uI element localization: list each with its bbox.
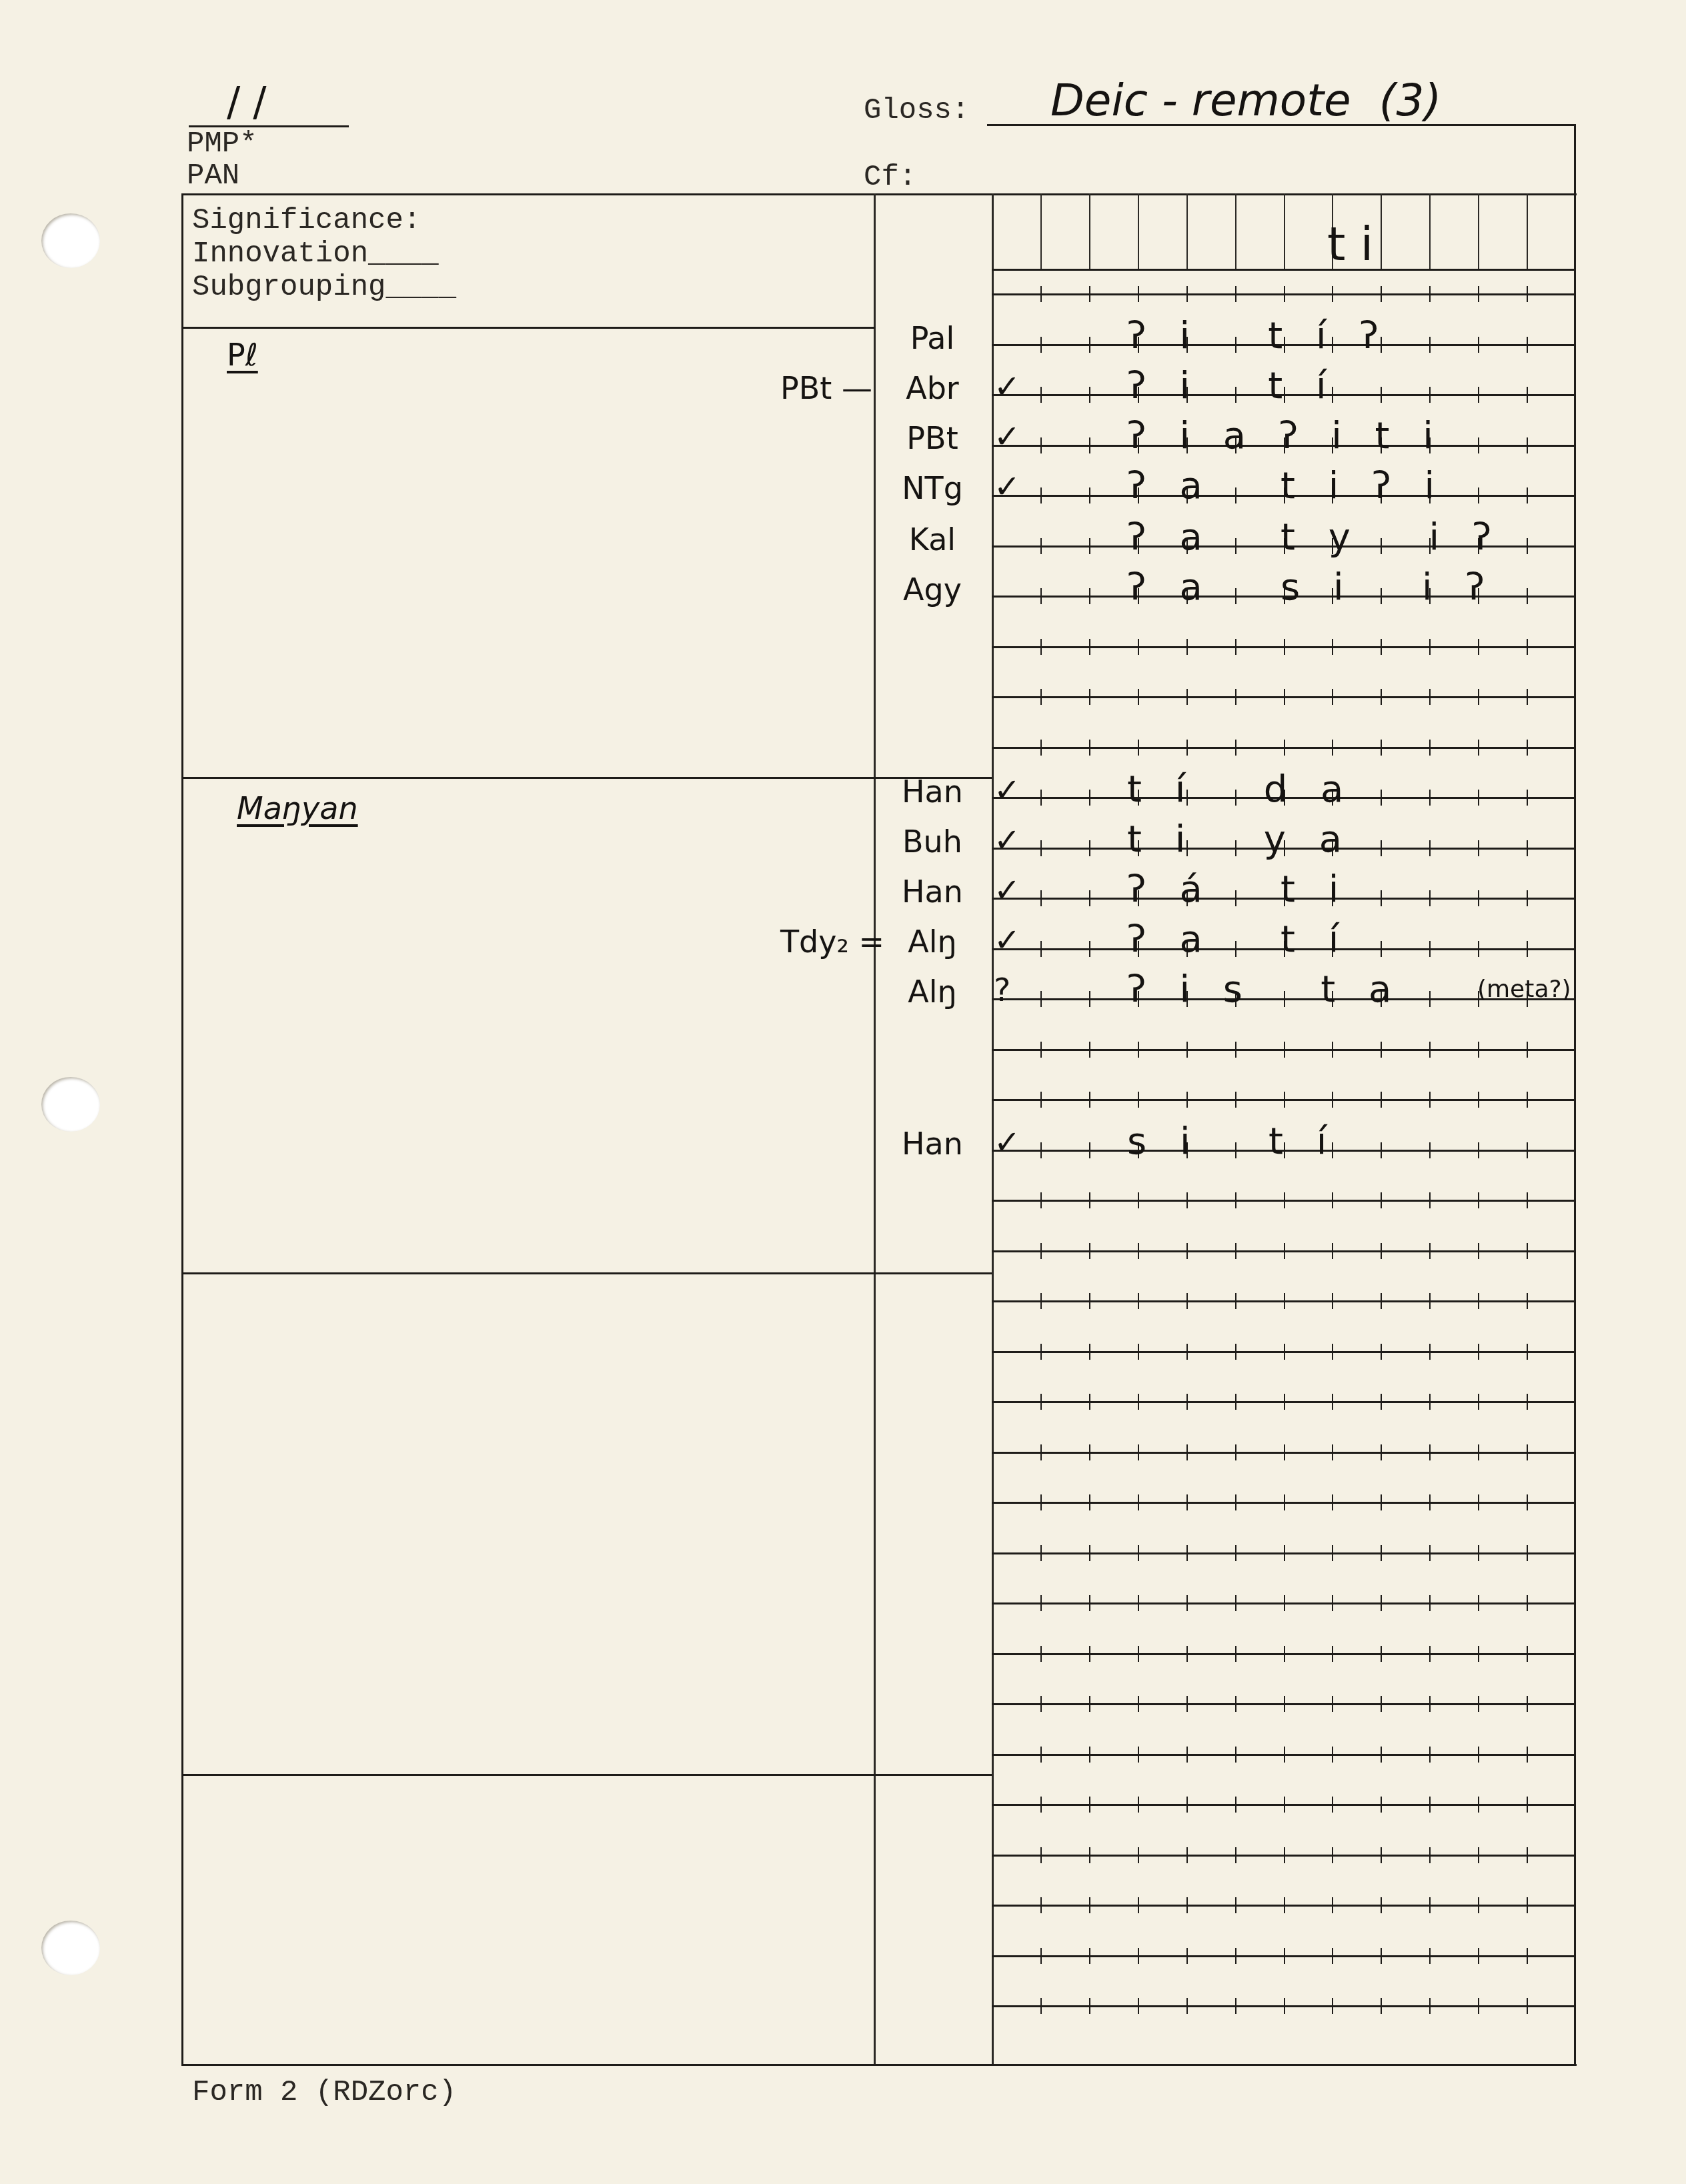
ruled-tick [1089,1092,1090,1108]
ruled-tick [1381,1243,1382,1259]
check-mark-icon[interactable]: ✓ [994,1124,1020,1161]
ruled-tick [1332,1494,1333,1510]
ruled-tick [1235,1545,1236,1561]
ruled-tick [1235,1747,1236,1763]
ruled-tick [1040,790,1042,806]
ruled-tick [1527,1696,1528,1712]
ruled-tick [1527,1042,1528,1058]
ruled-tick [1429,1646,1431,1662]
ruled-tick [1332,1042,1333,1058]
ruled-tick [1186,1243,1188,1259]
ruled-tick [1527,437,1528,453]
frame-bottom [181,2064,1577,2066]
ruled-tick [1332,1948,1333,1964]
hole-punch [41,1077,100,1132]
language-abbreviation: Buh [882,824,982,860]
ruled-tick [1429,1494,1431,1510]
ruled-tick [1235,1192,1236,1208]
ruled-tick [1186,1646,1188,1662]
ruled-tick [1089,1293,1090,1309]
ruled-tick [1235,639,1236,655]
ruled-tick [1429,1545,1431,1561]
ruled-tick [1089,1797,1090,1813]
ruled-tick [1235,1595,1236,1611]
ruled-tick [1527,1344,1528,1360]
ruled-tick [1527,337,1528,353]
ruled-tick [1040,1142,1042,1158]
ruled-tick [1429,1595,1431,1611]
ruled-tick [1478,1595,1479,1611]
check-mark-icon[interactable]: ✓ [994,822,1020,859]
ruled-tick [1429,1897,1431,1913]
ruled-tick [1040,1646,1042,1662]
ruled-tick [1138,1344,1139,1360]
ruled-tick [1186,1192,1188,1208]
gloss-label: Gloss: [864,93,969,128]
ruled-tick [1186,1545,1188,1561]
section-divider [181,1774,992,1776]
language-abbreviation: Han [882,1126,982,1162]
ruled-tick [1138,286,1139,302]
ruled-tick [1089,740,1090,756]
ruled-tick [1332,1696,1333,1712]
ruled-tick [1089,1142,1090,1158]
ruled-tick [1381,1142,1382,1158]
language-abbreviation: Pal [882,320,982,356]
ruled-tick [1138,1897,1139,1913]
check-mark-icon[interactable]: ✓ [994,772,1020,809]
header-grid-line [1284,193,1285,269]
ruled-tick [1527,890,1528,906]
ruled-tick [1235,1444,1236,1460]
ruled-tick [1284,1494,1285,1510]
ruled-tick [1235,1847,1236,1863]
ruled-tick [1186,1293,1188,1309]
ruled-tick [1040,1293,1042,1309]
ruled-tick [1381,1344,1382,1360]
language-abbreviation: NTg [882,470,982,506]
ruled-tick [1381,1797,1382,1813]
ruled-tick [1284,1998,1285,2014]
ruled-tick [1284,1747,1285,1763]
ruled-tick [1332,1243,1333,1259]
ruled-tick [1284,1545,1285,1561]
cf-label: Cf: [864,160,916,195]
ruled-tick [1040,890,1042,906]
ruled-tick [1040,1948,1042,1964]
cognate-form: t i y a [1127,818,1353,861]
ruled-tick [1381,1042,1382,1058]
ruled-tick [1089,1042,1090,1058]
ruled-tick [1284,1646,1285,1662]
header-grid-line [1235,193,1236,269]
ruled-tick [1478,941,1479,957]
ruled-tick [1381,1444,1382,1460]
ruled-tick [1138,1948,1139,1964]
ruled-tick [1040,437,1042,453]
hole-punch [41,1921,100,1975]
ruled-tick [1478,1142,1479,1158]
ruled-tick [1527,1142,1528,1158]
ruled-tick [1235,1646,1236,1662]
section-label-philippine: Pℓ [227,337,258,373]
ruled-tick [1332,1797,1333,1813]
ruled-tick [1040,1092,1042,1108]
language-abbreviation: Han [882,874,982,910]
ruled-tick [1089,588,1090,604]
ruled-tick [1381,1847,1382,1863]
ruled-tick [1381,1646,1382,1662]
row-annotation: PBt — [780,370,872,406]
check-mark-icon[interactable]: ✓ [994,922,1020,959]
ruled-tick [1381,1092,1382,1108]
ruled-tick [1478,1042,1479,1058]
ruled-tick [1527,1494,1528,1510]
ruled-tick [1429,1092,1431,1108]
ruled-tick [1040,1494,1042,1510]
ruled-tick [1235,1344,1236,1360]
ruled-tick [1381,1545,1382,1561]
ruled-tick [1527,1243,1528,1259]
ruled-tick [1235,1998,1236,2014]
ruled-tick [1284,286,1285,302]
ruled-tick [1138,1293,1139,1309]
ruled-tick [1332,286,1333,302]
significance-label: Significance: [192,203,421,238]
ruled-tick [1429,1142,1431,1158]
ruled-tick [1186,1948,1188,1964]
ruled-tick [1089,337,1090,353]
ruled-tick [1284,1293,1285,1309]
ruled-tick [1429,689,1431,705]
ruled-tick [1284,1092,1285,1108]
ruled-tick [1429,1696,1431,1712]
header-grid-line [1089,193,1090,269]
language-abbreviation: Alŋ [882,924,982,960]
ruled-tick [1089,1243,1090,1259]
ruled-tick [1089,487,1090,503]
ruled-tick [1381,639,1382,655]
ruled-tick [1138,740,1139,756]
ruled-tick [1381,790,1382,806]
ruled-tick [1089,538,1090,554]
ruled-tick [1429,387,1431,403]
ruled-tick [1235,286,1236,302]
hole-punch [41,213,100,268]
ruled-tick [1186,1595,1188,1611]
ruled-tick [1284,1243,1285,1259]
ruled-tick [1089,1897,1090,1913]
ruled-tick [1381,689,1382,705]
gloss-value[interactable]: Deic - remote (3) [1050,75,1441,126]
ruled-tick [1429,1293,1431,1309]
ruled-tick [1478,790,1479,806]
ruled-tick [1235,1243,1236,1259]
ruled-tick [1429,991,1431,1007]
ruled-tick [1138,1998,1139,2014]
ruled-tick [1284,1847,1285,1863]
ruled-tick [1089,689,1090,705]
ruled-tick [1478,1545,1479,1561]
ruled-tick [1381,286,1382,302]
ruled-tick [1429,639,1431,655]
ruled-tick [1478,1747,1479,1763]
ruled-tick [1478,337,1479,353]
ruled-tick [1186,1696,1188,1712]
ruled-tick [1235,1394,1236,1410]
header-grid-line [1040,193,1042,269]
cognate-form: ʔ i a ʔ i t i [1127,414,1444,457]
ruled-tick [1429,1747,1431,1763]
ruled-tick [1478,1192,1479,1208]
ruled-tick [1527,790,1528,806]
ruled-tick [1186,1847,1188,1863]
ruled-tick [1089,286,1090,302]
ruled-tick [1138,1595,1139,1611]
check-mark-icon[interactable]: ✓ [994,468,1020,505]
ruled-tick [1527,286,1528,302]
ruled-tick [1235,1897,1236,1913]
ruled-tick [1381,890,1382,906]
ruled-tick [1429,1192,1431,1208]
ruled-tick [1527,1092,1528,1108]
ruled-tick [1089,1747,1090,1763]
ruled-tick [1332,1192,1333,1208]
check-mark-icon[interactable]: ✓ [994,872,1020,909]
ruled-tick [1138,1847,1139,1863]
ruled-tick [1381,387,1382,403]
ruled-tick [1040,487,1042,503]
ruled-tick [1527,1595,1528,1611]
subgrouping-field[interactable]: Subgrouping____ [192,270,456,305]
ruled-tick [1478,1998,1479,2014]
ruled-tick [1429,1948,1431,1964]
ruled-tick [1527,689,1528,705]
ruled-tick [1381,1494,1382,1510]
ruled-tick [1429,1243,1431,1259]
ruled-tick [1089,639,1090,655]
form-footer: Form 2 (RDZorc) [192,2075,456,2110]
ruled-tick [1040,1595,1042,1611]
ruled-tick [1089,1444,1090,1460]
ruled-tick [1186,1444,1188,1460]
ruled-tick [1040,840,1042,856]
ruled-tick [1186,740,1188,756]
ruled-tick [1284,1192,1285,1208]
ruled-tick [1332,1545,1333,1561]
ruled-tick [1040,1998,1042,2014]
ruled-tick [1332,740,1333,756]
ruled-tick [1040,991,1042,1007]
ruled-tick [1429,790,1431,806]
ruled-tick [1429,1998,1431,2014]
ruled-tick [1478,890,1479,906]
ruled-tick [1186,1897,1188,1913]
ruled-tick [1089,840,1090,856]
ruled-tick [1527,1444,1528,1460]
ruled-tick [1527,1998,1528,2014]
ruled-tick [1429,1042,1431,1058]
ruled-tick [1186,1747,1188,1763]
ruled-tick [1040,1394,1042,1410]
ruled-tick [1186,1344,1188,1360]
ruled-tick [1478,840,1479,856]
ruled-tick [1040,1444,1042,1460]
ruled-tick [1478,286,1479,302]
ruled-tick [1235,1042,1236,1058]
ruled-tick [1138,1646,1139,1662]
ruled-tick [1478,1646,1479,1662]
ruled-tick [1381,1948,1382,1964]
ruled-tick [1527,1847,1528,1863]
ruled-tick [1284,1394,1285,1410]
check-mark-icon[interactable]: ✓ [994,418,1020,455]
reconstruction-form: t i [1327,217,1373,271]
ruled-tick [1186,1494,1188,1510]
ruled-tick [1527,1797,1528,1813]
header-grid-line [1186,193,1188,269]
ruled-tick [1527,941,1528,957]
ruled-tick [1186,1394,1188,1410]
ruled-tick [1478,1444,1479,1460]
ruled-tick [1235,1293,1236,1309]
ruled-tick [1478,1696,1479,1712]
cognate-form: t í d a [1127,768,1354,811]
ruled-tick [1138,1747,1139,1763]
ruled-tick [1284,689,1285,705]
frame-top [181,193,1577,195]
ruled-tick [1478,639,1479,655]
ruled-tick [1138,1494,1139,1510]
ruled-tick [1235,1092,1236,1108]
ruled-tick [1235,1948,1236,1964]
ruled-tick [1089,437,1090,453]
ruled-tick [1527,387,1528,403]
pan-label: PAN [187,159,239,193]
ruled-tick [1527,487,1528,503]
header-grid-line [1381,193,1382,269]
cognate-form: ʔ a t i ʔ i [1127,464,1445,507]
ruled-tick [1429,840,1431,856]
ruled-tick [1429,1444,1431,1460]
ruled-tick [1527,1293,1528,1309]
ruled-tick [1089,890,1090,906]
ruled-tick [1089,1646,1090,1662]
header-grid-line [1478,193,1479,269]
ruled-tick [1040,387,1042,403]
ruled-tick [1040,337,1042,353]
ruled-tick [1138,1092,1139,1108]
ruled-tick [1089,941,1090,957]
ruled-tick [1478,387,1479,403]
ruled-tick [1381,840,1382,856]
gloss-underline [987,124,1575,126]
significance-divider [181,327,875,329]
ruled-tick [1527,840,1528,856]
ruled-tick [1429,740,1431,756]
ruled-tick [1235,1494,1236,1510]
ruled-tick [1284,1948,1285,1964]
ruled-tick [1381,1293,1382,1309]
ruled-tick [1381,1696,1382,1712]
ruled-tick [1429,1344,1431,1360]
check-mark-icon[interactable]: ✓ [994,368,1020,405]
ruled-tick [1089,790,1090,806]
frame-right [1574,193,1576,2064]
ruled-tick [1235,689,1236,705]
date-marks: / / [227,79,267,125]
ruled-tick [1332,1998,1333,2014]
ruled-tick [1332,1293,1333,1309]
ruled-tick [1381,1394,1382,1410]
ruled-tick [1478,1293,1479,1309]
ruled-tick [1332,1344,1333,1360]
ruled-tick [1527,1192,1528,1208]
ruled-tick [1478,1243,1479,1259]
ruled-tick [1284,639,1285,655]
ruled-tick [1138,1545,1139,1561]
ruled-tick [1040,1696,1042,1712]
ruled-tick [1332,1646,1333,1662]
ruled-tick [1381,1595,1382,1611]
ruled-tick [1284,1897,1285,1913]
ruled-tick [1186,689,1188,705]
ruled-tick [1089,387,1090,403]
ruled-tick [1089,1595,1090,1611]
ruled-tick [1527,1545,1528,1561]
ruled-tick [1040,1747,1042,1763]
ruled-tick [1089,991,1090,1007]
section-divider [181,777,992,779]
check-mark-icon[interactable]: ? [994,972,1010,1009]
cognate-form: s i t í [1127,1120,1337,1163]
ruled-tick [1478,689,1479,705]
ruled-tick [1138,1696,1139,1712]
header-grid-line [1138,193,1139,269]
ruled-tick [1478,437,1479,453]
ruled-tick [1527,588,1528,604]
ruled-tick [1040,1243,1042,1259]
ruled-tick [1332,689,1333,705]
ruled-tick [1138,1243,1139,1259]
ruled-tick [1040,740,1042,756]
ruled-tick [1429,890,1431,906]
ruled-tick [1429,1847,1431,1863]
ruled-tick [1429,941,1431,957]
ruled-tick [1332,639,1333,655]
innovation-field[interactable]: Innovation____ [192,237,439,271]
ruled-tick [1381,1998,1382,2014]
section-label-mangyan: Maŋyan [237,790,358,826]
ruled-tick [1040,286,1042,302]
ruled-tick [1040,1797,1042,1813]
ruled-tick [1089,1192,1090,1208]
ruled-tick [1186,286,1188,302]
ruled-tick [1040,639,1042,655]
ruled-tick [1040,1192,1042,1208]
ruled-tick [1332,1595,1333,1611]
ruled-tick [1089,1696,1090,1712]
ruled-tick [1138,639,1139,655]
ruled-tick [1089,1494,1090,1510]
cognate-form: ʔ a t í [1127,918,1349,961]
ruled-tick [1332,1747,1333,1763]
ruled-tick [1235,740,1236,756]
cognate-form: ʔ á t i [1127,868,1349,911]
ruled-tick [1527,1948,1528,1964]
ruled-tick [1381,941,1382,957]
cognate-form: ʔ i t í [1127,364,1337,407]
